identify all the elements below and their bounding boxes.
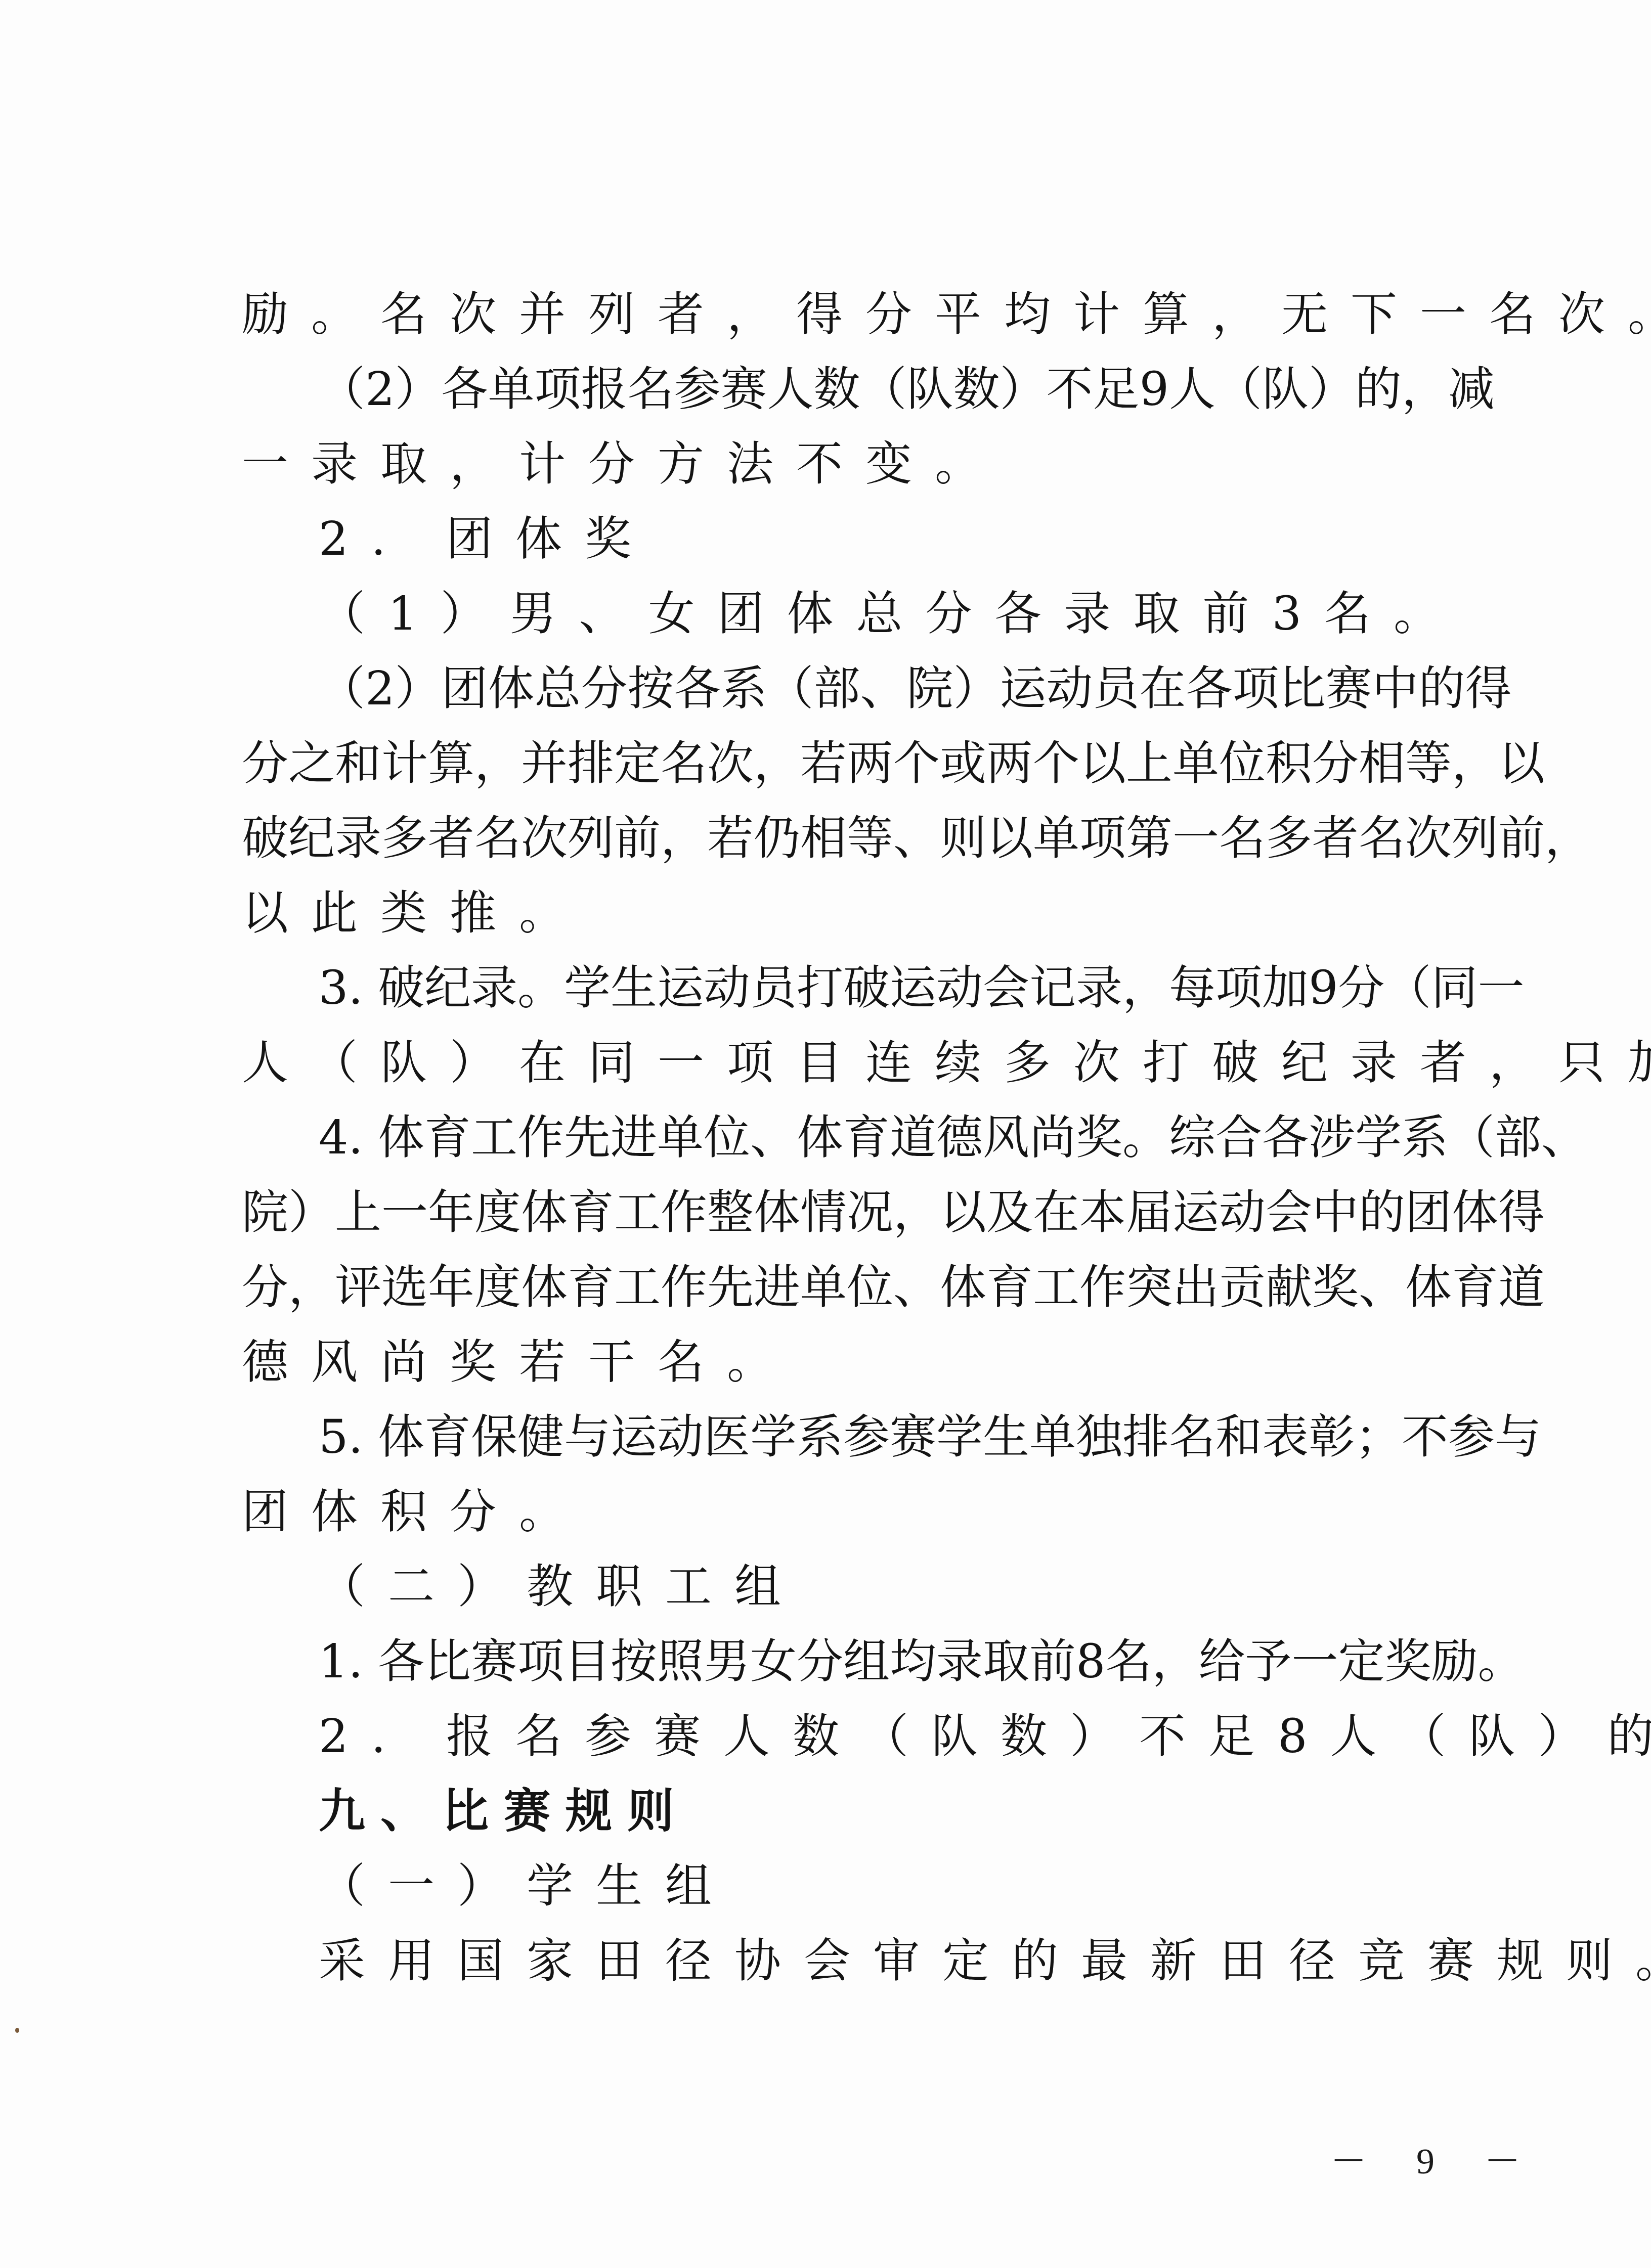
paragraph-line: 分，评选年度体育工作先进单位、体育工作突出贡献奖、体育道 xyxy=(242,1250,1430,1325)
page-number: － 9 － xyxy=(1330,2131,1541,2184)
section-heading-competition-rules: 九、比赛规则 xyxy=(319,1774,689,1849)
subsection-heading-team-award: 2. 团体奖 xyxy=(319,502,654,576)
document-page: 励。名次并列者，得分平均计算，无下一名次。 （2）各单项报名参赛人数（队数）不足… xyxy=(0,0,1651,2268)
subsection-heading-staff-group: （二）教职工组 xyxy=(319,1549,804,1624)
paragraph-line: 破纪录多者名次列前，若仍相等、则以单项第一名多者名次列前， xyxy=(242,801,1430,876)
paragraph-line: 人（队）在同一项目连续多次打破纪录者，只加分一次）。 xyxy=(242,1026,1651,1100)
paragraph-line: 分之和计算，并排定名次，若两个或两个以上单位积分相等，以 xyxy=(242,726,1430,801)
paragraph-line: （1）男、女团体总分各录取前3名。 xyxy=(319,576,1463,651)
paragraph-line: 采用国家田径协会审定的最新田径竞赛规则。 xyxy=(319,1924,1651,1998)
paragraph-line: 3. 破纪录。学生运动员打破运动会记录，每项加9分（同一 xyxy=(319,951,1430,1026)
paragraph-line: 以此类推。 xyxy=(242,876,588,951)
paragraph-line: 德风尚奖若干名。 xyxy=(242,1325,796,1400)
paragraph-line: 2. 报名参赛人数（队数）不足8人（队）的，减一录取。 xyxy=(319,1699,1651,1774)
paragraph-line: 励。名次并列者，得分平均计算，无下一名次。 xyxy=(242,277,1651,352)
paragraph-line: 院）上一年度体育工作整体情况，以及在本届运动会中的团体得 xyxy=(242,1175,1430,1250)
paragraph-line: 1. 各比赛项目按照男女分组均录取前8名，给予一定奖励。 xyxy=(319,1624,1430,1699)
paragraph-line: （2）各单项报名参赛人数（队数）不足9人（队）的，减 xyxy=(319,352,1430,427)
paragraph-line: 4. 体育工作先进单位、体育道德风尚奖。综合各涉学系（部、 xyxy=(319,1100,1430,1175)
paragraph-line: （2）团体总分按各系（部、院）运动员在各项比赛中的得 xyxy=(319,651,1430,726)
paragraph-line: 团体积分。 xyxy=(242,1475,588,1549)
scan-speck xyxy=(15,2028,19,2033)
paragraph-line: 一录取，计分方法不变。 xyxy=(242,427,1004,502)
subsection-heading-student-group: （一）学生组 xyxy=(319,1849,734,1924)
paragraph-line: 5. 体育保健与运动医学系参赛学生单独排名和表彰；不参与 xyxy=(319,1400,1430,1475)
